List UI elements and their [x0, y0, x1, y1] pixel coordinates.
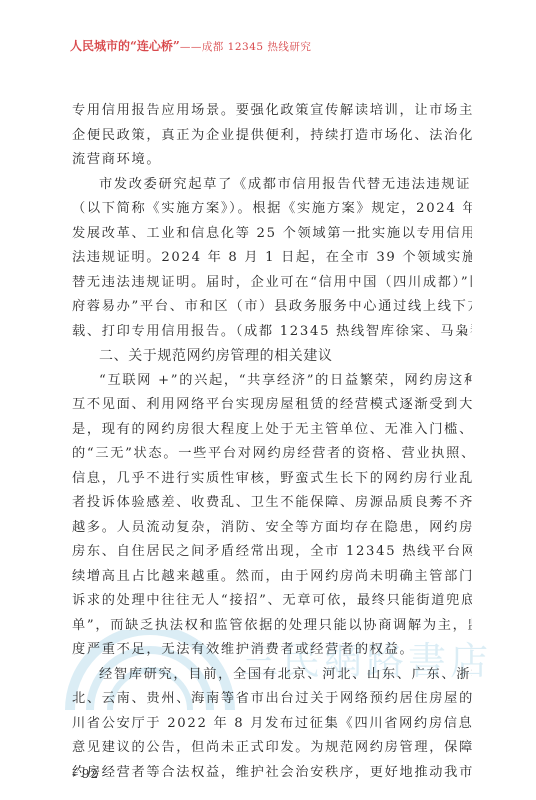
running-header-title: 人民城市的“连心桥”	[70, 39, 180, 53]
text-line: 诉求的处理中往往无人“接招”、无章可依，最终只能街道兜底、社区“接	[72, 589, 472, 614]
text-line: 意见建议的公告，但尚未正式印发。为规范网约房管理，保障住宿人员、网	[72, 736, 472, 761]
text-line: 的“三无”状态。一些平台对网约房经营者的资格、营业执照、房源类型等	[72, 442, 472, 467]
section-heading: 二、关于规范网约房管理的相关建议	[72, 344, 472, 369]
text-line: 约房经营者等合法权益，维护社会治安秩序，更好地推动我市网约房行业经	[72, 761, 472, 786]
text-line: 信息，几乎不进行实质性审核，野蛮式生长下的网约房行业乱象频出，消费	[72, 467, 472, 492]
text-line: 法违规证明。2024 年 8 月 1 日起，在全市 39 个领域实施以专用信用报…	[72, 246, 472, 271]
running-header: 人民城市的“连心桥”——成都 12345 热线研究	[70, 38, 311, 55]
text-line: 川省公安厅于 2022 年 8 月发布过征集《四川省网约房信息登记暂行办法》	[72, 712, 472, 737]
text-line: 替无违法违规证明。届时，企业可在“信用中国（四川成都）”网站、“天	[72, 271, 472, 296]
text-line: 房东、自住居民之间矛盾经常出现，全市 12345 热线平台网约房相关投诉持	[72, 540, 472, 565]
text-line: 单”，而缺乏执法权和监管依据的处理只能以协商调解为主，监管和处罚力	[72, 614, 472, 639]
text-line: 互不见面、利用网络平台实现房屋租赁的经营模式逐渐受到大家青睐。但	[72, 393, 472, 418]
document-page: 人民城市的“连心桥”——成都 12345 热线研究 三民網路書店 专用信用报告应…	[0, 0, 536, 800]
body-text: 专用信用报告应用场景。要强化政策宣传解读培训，让市场主体深入知晓惠 企便民政策，…	[72, 99, 472, 785]
text-line: 经智库研究，目前，全国有北京、河北、山东、广东、浙江、江苏、湖	[72, 663, 472, 688]
text-line: 是，现有的网约房很大程度上处于无主管单位、无准入门槛、无服务标准	[72, 418, 472, 443]
text-line: 府蓉易办”平台、市和区（市）县政务服务中心通过线上线下方式查询、下	[72, 295, 472, 320]
text-line: （以下简称《实施方案》）。根据《实施方案》规定，2024 年 4 月 1 日起，…	[72, 197, 472, 222]
text-line: 越多。人员流动复杂，消防、安全等方面均存在隐患，网约房旅客、网约房	[72, 516, 472, 541]
running-header-subtitle: ——成都 12345 热线研究	[180, 41, 312, 53]
page-number: - 92 -	[72, 767, 109, 781]
text-line: 专用信用报告应用场景。要强化政策宣传解读培训，让市场主体深入知晓惠	[72, 99, 472, 124]
text-line: 北、云南、贵州、海南等省市出台过关于网络预约居住房屋的相关规定。四	[72, 687, 472, 712]
text-line: 者投诉体验感差、收费乱、卫生不能保障、房源品质良莠不齐等情况也越来	[72, 491, 472, 516]
text-line: 市发改委研究起草了《成都市信用报告代替无违法违规证明实施方案》	[72, 173, 472, 198]
text-line: 续增高且占比越来越重。然而，由于网约房尚未明确主管部门，所以在此类	[72, 565, 472, 590]
text-line: “互联网 +”的兴起，“共享经济”的日益繁荣，网约房这种房东和房客	[72, 369, 472, 394]
text-line: 度严重不足，无法有效维护消费者或经营者的权益。	[72, 638, 472, 663]
text-line: 流营商环境。	[72, 148, 472, 173]
text-line: 发展改革、工业和信息化等 25 个领域第一批实施以专用信用报告代替无违	[72, 222, 472, 247]
text-line: 企便民政策，真正为企业提供便利，持续打造市场化、法治化、国际化的一	[72, 124, 472, 149]
text-line: 载、打印专用信用报告。（成都 12345 热线智库徐寀、马枭琴、黄徽婷）	[72, 320, 472, 345]
